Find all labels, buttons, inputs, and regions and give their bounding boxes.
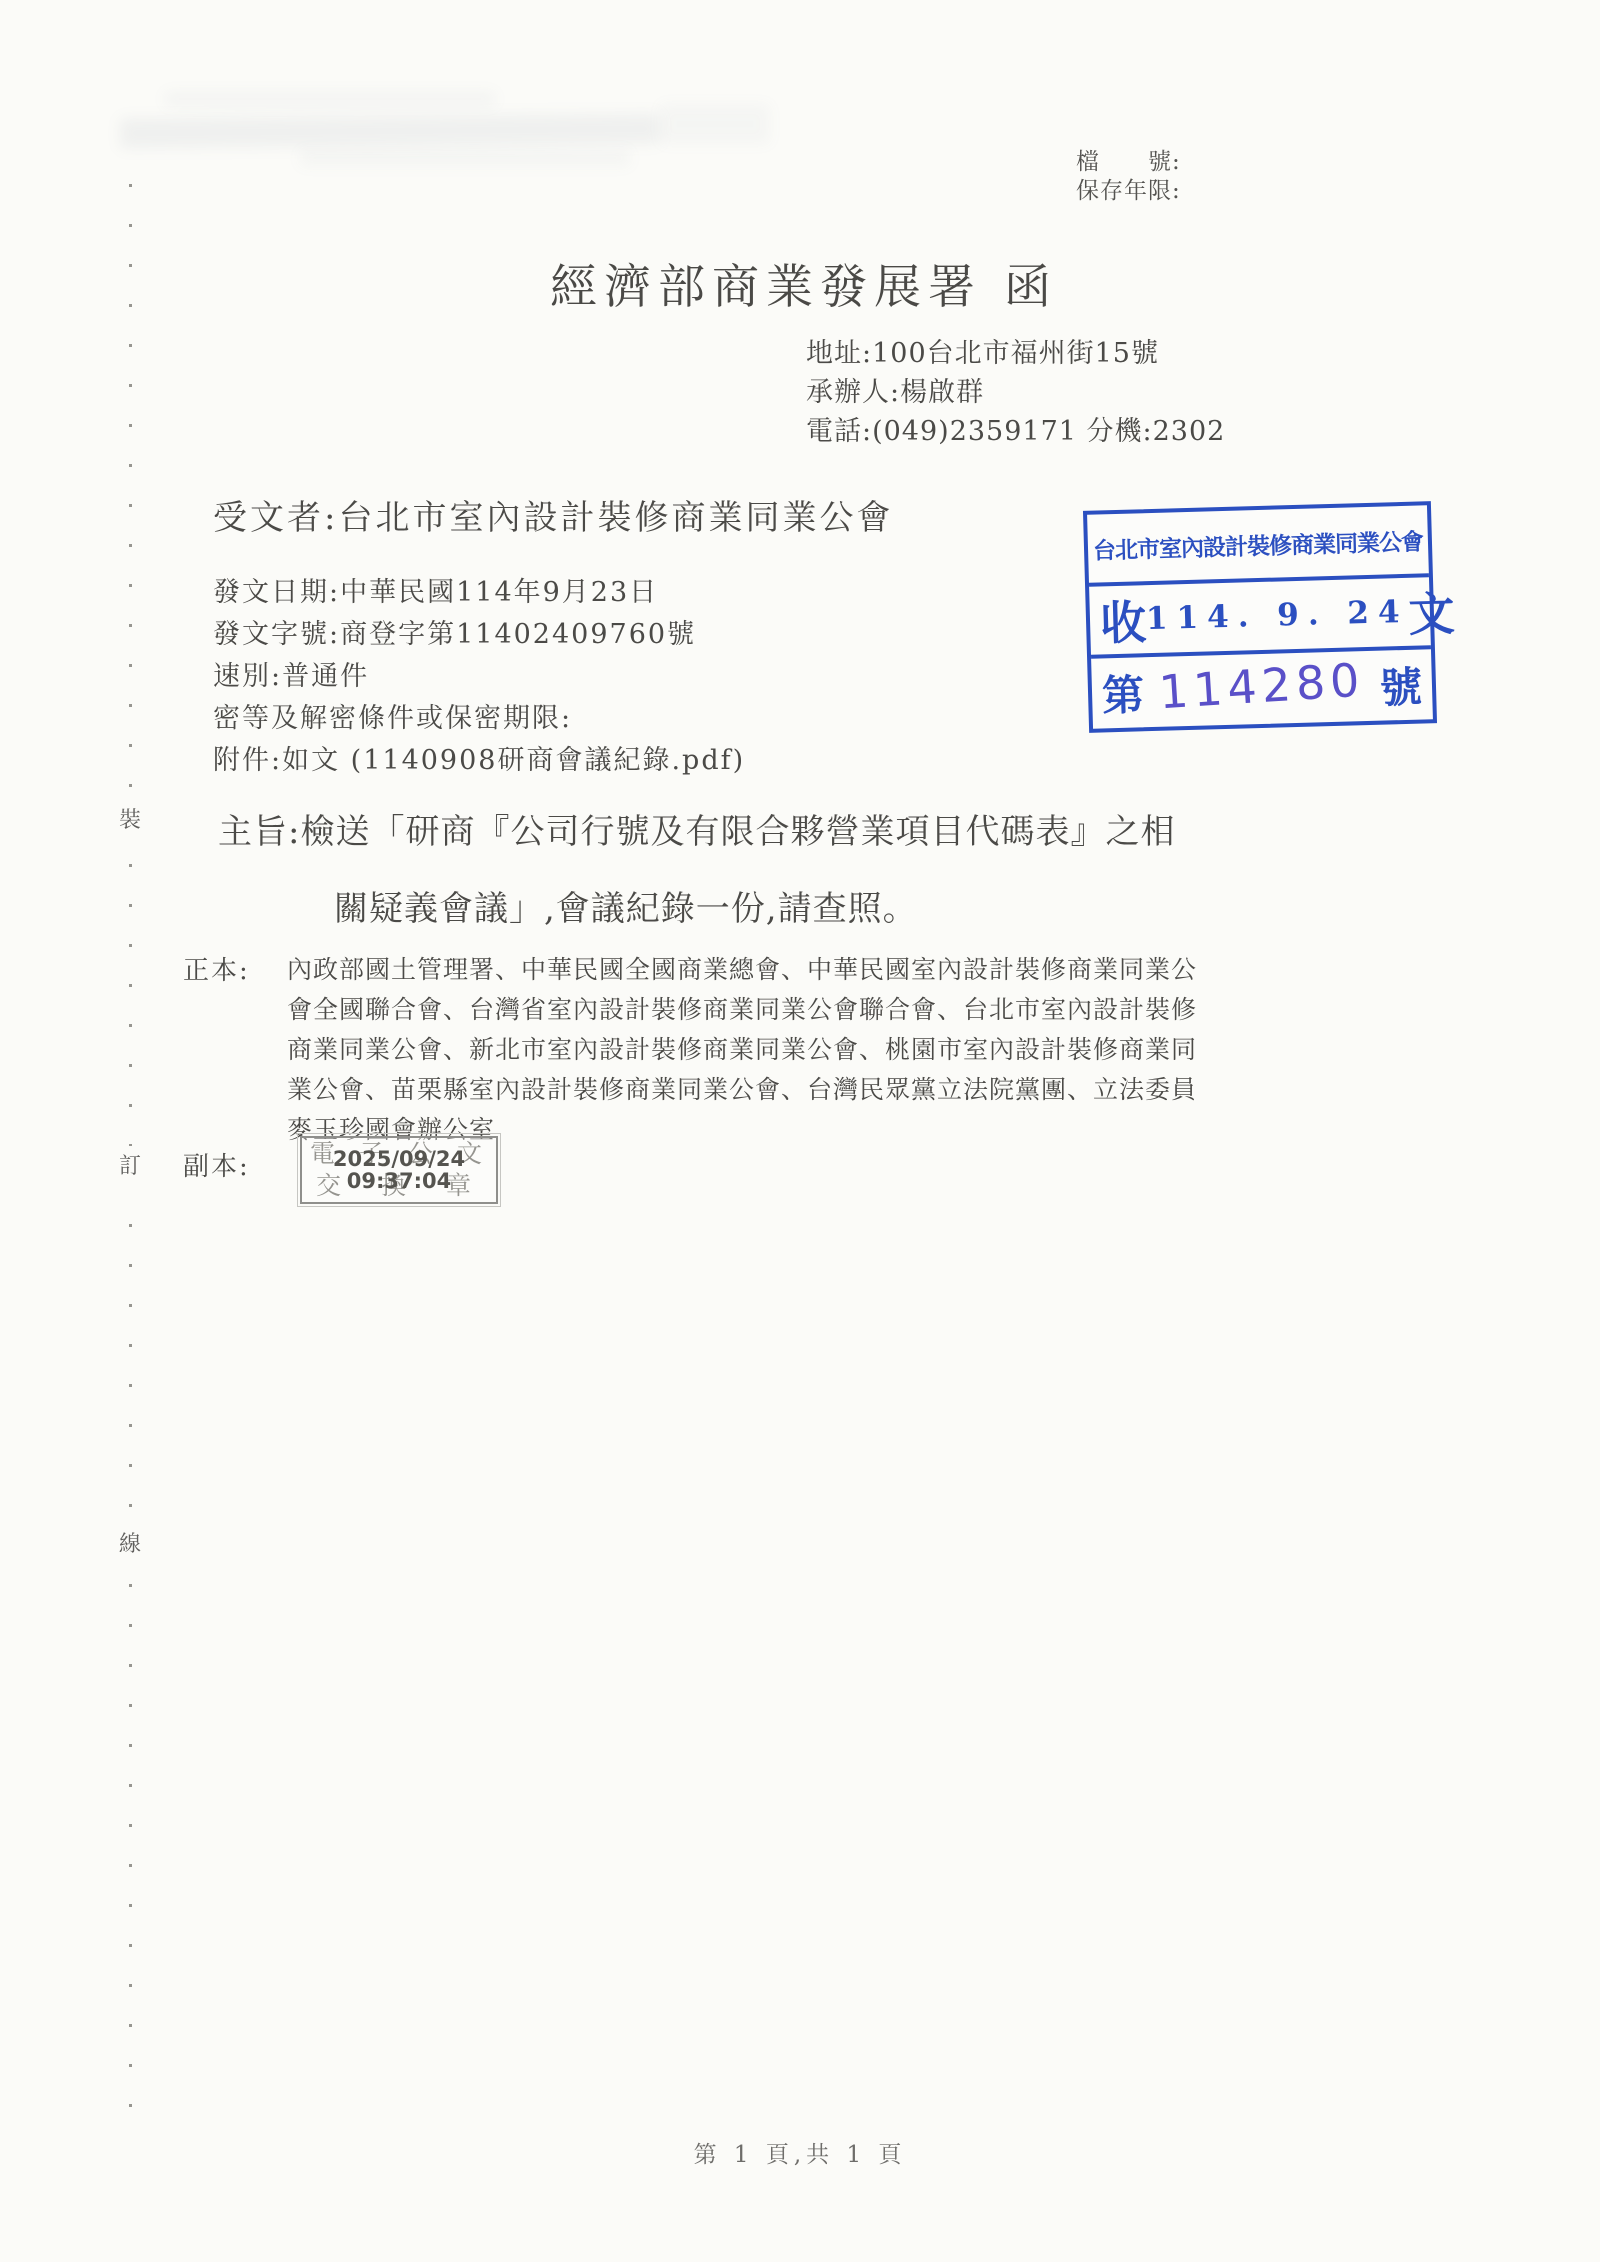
original-copy-line: 內政部國土管理署、中華民國全國商業總會、中華民國室內設計裝修商業同業公 (287, 950, 1197, 990)
speed-class-line: 速別:普通件 (213, 656, 745, 698)
document-meta-block: 發文日期:中華民國114年9月23日 發文字號:商登字第11402409760號… (213, 572, 745, 782)
sender-phone: 電話:(049)2359171 分機:2302 (806, 412, 1225, 451)
receipt-stamp-handwritten-number: 114280 (1158, 653, 1367, 720)
sender-contact-person: 承辦人:楊啟群 (806, 373, 1225, 412)
scan-artifact (120, 114, 660, 149)
exchange-stamp-date: 2025/09/24 (333, 1148, 465, 1170)
binding-mark-ding: 訂 (114, 1146, 146, 1188)
receipt-stamp-date: 114. 9. 24 (1146, 594, 1409, 637)
original-copy-list: 內政部國土管理署、中華民國全國商業總會、中華民國室內設計裝修商業同業公 會全國聯… (287, 950, 1197, 1150)
document-title: 經濟部商業發展署 函 (550, 250, 1058, 317)
receipt-stamp-org-name: 台北市室內設計裝修商業同業公會 (1087, 505, 1429, 586)
security-class-line: 密等及解密條件或保密期限: (213, 698, 745, 740)
document-number-line: 發文字號:商登字第11402409760號 (213, 614, 745, 656)
binding-mark-zhuang: 裝 (114, 800, 146, 842)
carbon-copy-label: 副本: (183, 1146, 250, 1183)
file-number-label: 檔 號: (1076, 148, 1181, 177)
receipt-stamp-number-suffix: 號 (1379, 655, 1423, 716)
sender-info-block: 地址:100台北市福州街15號 承辦人:楊啟群 電話:(049)2359171 … (806, 334, 1225, 451)
electronic-exchange-stamp: 電子公文 交換章 2025/09/24 09:37:04 (300, 1136, 498, 1204)
receipt-stamp: 台北市室內設計裝修商業同業公會 收 114. 9. 24 文 第 114280 … (1083, 501, 1437, 733)
exchange-stamp-time: 09:37:04 (347, 1170, 451, 1192)
scan-artifact (300, 150, 630, 166)
attachment-line: 附件:如文 (1140908研商會議紀錄.pdf) (213, 740, 745, 782)
receipt-stamp-doc-char: 文 (1408, 578, 1456, 645)
recipient-line: 受文者:台北市室內設計裝修商業同業公會 (213, 490, 893, 539)
receipt-stamp-date-row: 收 114. 9. 24 文 (1089, 577, 1431, 658)
original-copy-line: 商業同業公會、新北市室內設計裝修商業同業公會、桃園市室內設計裝修商業同 (287, 1030, 1197, 1070)
subject-line-1: 主旨:檢送「研商『公司行號及有限合夥營業項目代碼表』之相 (218, 804, 1175, 853)
scanned-official-letter: 裝 訂 線 檔 號: 保存年限: 經濟部商業發展署 函 地址:100台北市福州街… (0, 0, 1600, 2262)
subject-line-2: 關疑義會議」,會議紀錄一份,請查照。 (334, 881, 1175, 930)
subject-label: 主旨: (218, 812, 300, 852)
scan-artifact (660, 104, 770, 144)
receipt-stamp-receive-char: 收 (1099, 586, 1147, 653)
page-number-footer: 第 1 頁,共 1 頁 (0, 2136, 1600, 2169)
original-copy-line: 會全國聯合會、台灣省室內設計裝修商業同業公會聯合會、台北市室內設計裝修 (287, 990, 1197, 1030)
sender-address: 地址:100台北市福州街15號 (806, 334, 1225, 373)
receipt-stamp-number-prefix: 第 (1101, 662, 1145, 723)
receipt-stamp-number-row: 第 114280 號 (1091, 649, 1433, 728)
original-copy-label: 正本: (183, 950, 250, 987)
original-copy-line: 業公會、苗栗縣室內設計裝修商業同業公會、台灣民眾黨立法院黨團、立法委員 (287, 1070, 1197, 1110)
binding-mark-xian: 線 (114, 1524, 146, 1566)
exchange-stamp-datetime: 2025/09/24 09:37:04 (302, 1138, 496, 1202)
retention-period-label: 保存年限: (1076, 177, 1181, 206)
file-number-block: 檔 號: 保存年限: (1076, 148, 1181, 206)
scan-artifact (165, 92, 495, 106)
subject-block: 主旨:檢送「研商『公司行號及有限合夥營業項目代碼表』之相 關疑義會議」,會議紀錄… (218, 804, 1175, 930)
issue-date-line: 發文日期:中華民國114年9月23日 (213, 572, 745, 614)
subject-text-1: 檢送「研商『公司行號及有限合夥營業項目代碼表』之相 (300, 812, 1175, 852)
